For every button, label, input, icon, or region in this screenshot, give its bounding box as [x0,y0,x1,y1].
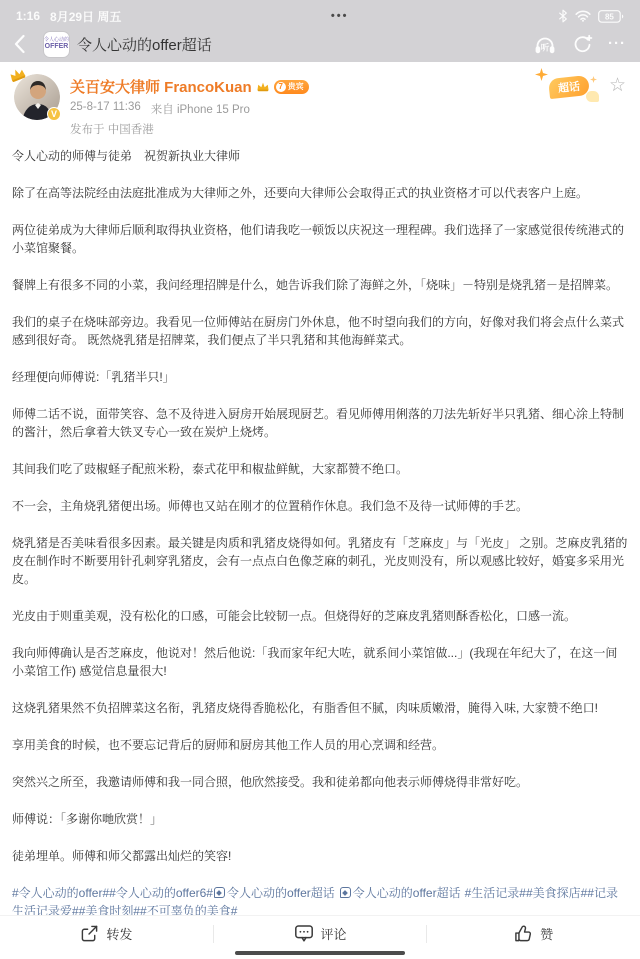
thumbs-up-icon [514,924,533,943]
crown-emoji-icon [256,81,270,92]
hashtag-link[interactable]: #令人心动的offer6# [109,886,213,900]
post-paragraph: 这烧乳猪果然不负招牌菜这名衔，乳猪皮烧得香脆松化，有脂香但不腻，肉味质嫩滑，腌得… [12,699,628,717]
refresh-icon[interactable] [572,34,593,55]
nav-bar: 令人心动的 OFFER 令人心动的offer超话 听 [0,26,640,62]
sparkle-small-icon [590,70,597,88]
supertopic-link[interactable]: 令人心动的offer超话 [339,886,461,900]
bluetooth-icon [558,9,568,23]
post-paragraph: 令人心动的师傅与徒弟 祝贺新执业大律师 [12,147,628,165]
post-paragraph: 师傅二话不说，面带笑容、急不及待进入厨房开始展现厨艺。看见师傅用俐落的刀法先斩好… [12,405,628,441]
post-paragraphs: 令人心动的师傅与徒弟 祝贺新执业大律师除了在高等法院经由法庭批准成为大律师之外，… [12,147,628,865]
post-paragraph: 餐牌上有很多不同的小菜，我问经理招牌是什么，她告诉我们除了海鲜之外，「烧味」－特… [12,276,628,294]
svg-text:听: 听 [541,42,550,52]
top-chrome: 1:16 8月29日 周五 ••• [0,0,640,62]
battery-icon: 85 [598,10,624,23]
supertopic-link[interactable]: 令人心动的offer超话 [213,886,335,900]
vip-member-badge: 7 贵宾 [274,80,309,94]
repost-button[interactable]: 转发 [0,916,213,943]
post-location: 发布于 中国香港 [70,121,309,137]
post-paragraph: 光皮由于则重美观，没有松化的口感，可能会比较韧一点。但烧得好的芝麻皮乳猪则酥香松… [12,607,628,625]
listen-audio-icon[interactable]: 听 [533,34,557,55]
post-paragraph: 经理便向师傅说:「乳猪半只!」 [12,368,628,386]
post-paragraph: 突然兴之所至，我邀请师傅和我一同合照，他欣然接受。我和徒弟都向他表示师傅烧得非常… [12,773,628,791]
comment-button[interactable]: 评论 [214,916,427,943]
hashtag-link[interactable]: #生活记录# [465,886,526,900]
post-header: V 关百安大律师 FrancoKuan 7 贵宾 25-8-17 11:36 来 [0,62,640,137]
wifi-icon [575,10,591,22]
repost-icon [80,925,99,943]
home-indicator[interactable] [235,951,405,956]
back-button[interactable] [14,32,34,56]
bubble-decoration [586,91,599,102]
post-timestamp: 25-8-17 11:36 [70,101,141,117]
author-name[interactable]: 关百安大律师 FrancoKuan [70,76,252,97]
status-time: 1:16 [16,9,40,23]
more-options-icon[interactable]: ··· [608,39,626,49]
hashtag-link[interactable]: #令人心动的offer# [12,886,109,900]
status-date: 8月29日 周五 [50,8,121,25]
post-paragraph: 我们的桌子在烧味部旁边。我看见一位师傅站在厨房门外休息，他不时望向我们的方向，好… [12,313,628,349]
post-paragraph: 不一会，主角烧乳猪便出场。师傅也又站在刚才的位置稍作休息。我们急不及待一试师傅的… [12,497,628,515]
post-paragraph: 其间我们吃了豉椒蛏子配煎米粉，泰式花甲和椒盐鲜鱿，大家都赞不绝口。 [12,460,628,478]
post-paragraph: 徒弟埋单。师傅和师父都露出灿烂的笑容! [12,847,628,865]
comment-icon [294,924,314,943]
post-paragraph: 享用美食的时候，也不要忘记背后的厨师和厨房其他工作人员的用心烹调和经营。 [12,736,628,754]
post-paragraph: 两位徒弟成为大律师后顺利取得执业资格，他们请我吃一顿饭以庆祝这一理程碑。我们选择… [12,221,628,257]
supertopic-icon [340,887,351,898]
favorite-star-icon[interactable]: ☆ [609,73,626,99]
status-more-dots: ••• [121,10,558,22]
like-button[interactable]: 赞 [427,916,640,943]
post-paragraph: 我向师傅确认是否芝麻皮，他说对！然后他说:「我而家年纪大咗，就系间小菜馆做...… [12,644,628,680]
page-title: 令人心动的offer超话 [77,34,533,55]
avatar[interactable]: V [14,74,60,120]
post-paragraph: 除了在高等法院经由法庭批准成为大律师之外，还要向大律师公会取得正式的执业资格才可… [12,184,628,202]
sparkle-icon [535,68,548,86]
supertopic-icon [214,887,225,898]
supertopic-decoration-badge: 超话 [537,72,603,102]
post-source[interactable]: 来自 iPhone 15 Pro [151,101,250,117]
weibo-supertopic-post-screen: 1:16 8月29日 周五 ••• [0,0,640,959]
post-body: 令人心动的师傅与徒弟 祝贺新执业大律师除了在高等法院经由法庭批准成为大律师之外，… [0,137,640,920]
post-paragraph: 烧乳猪是否美味看很多因素。最关键是肉质和乳猪皮烧得如何。乳猪皮有「芝麻皮」与「光… [12,534,628,588]
svg-text:85: 85 [605,12,614,21]
supertopic-logo[interactable]: 令人心动的 OFFER [44,32,69,57]
verified-badge: V [47,107,61,121]
post-paragraph: 师傅说：「多谢你哋欣赏！」 [12,810,628,828]
status-bar: 1:16 8月29日 周五 ••• [0,0,640,26]
hashtag-link[interactable]: #美食探店# [526,886,587,900]
